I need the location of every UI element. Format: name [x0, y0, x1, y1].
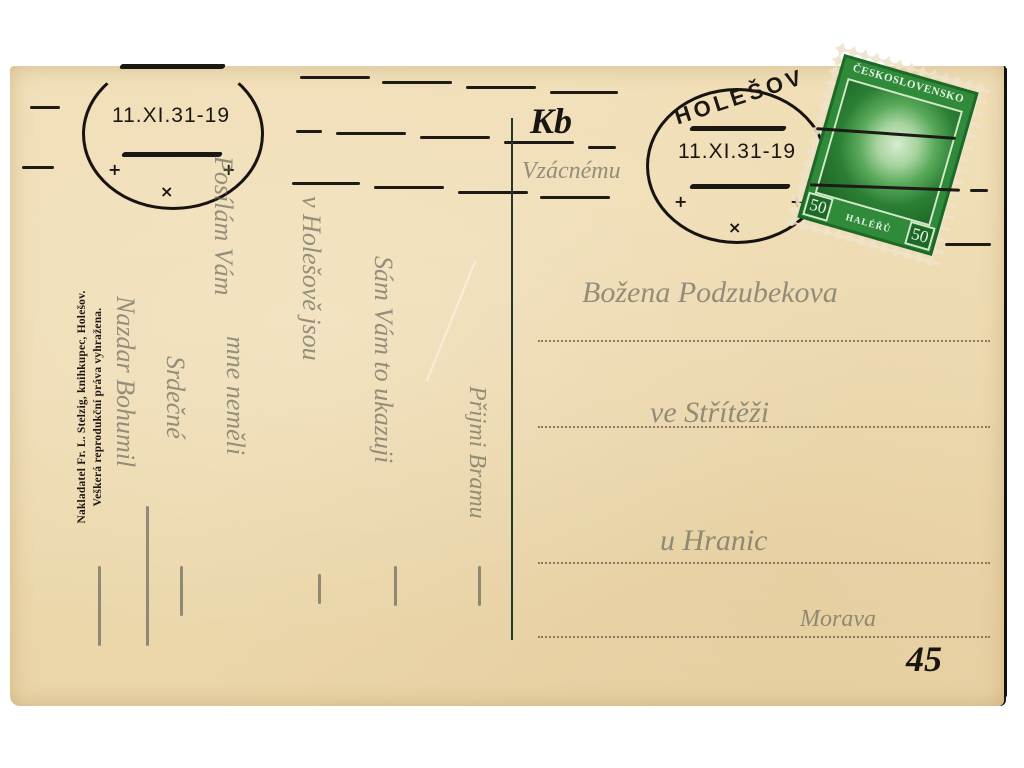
cancel-line	[382, 81, 452, 84]
message-column: Srdečné	[160, 356, 190, 439]
cancel-line	[550, 91, 618, 94]
imprint-line-1: Nakladatel Fr. L. Stelzig, knihkupec, Ho…	[74, 197, 90, 617]
cancel-line	[458, 191, 528, 194]
postmark-left-date: 11.XI.31-19	[112, 104, 230, 128]
postage-stamp: ČESKOSLOVENSKO 50 HALÉŘŮ 50	[785, 42, 991, 269]
cancel-line	[22, 166, 54, 169]
pencil-stroke	[146, 506, 149, 646]
publisher-imprint: Nakladatel Fr. L. Stelzig, knihkupec, Ho…	[74, 197, 106, 617]
address-line	[538, 426, 990, 428]
pencil-stroke	[478, 566, 481, 606]
cancel-line	[945, 243, 991, 246]
postmark-cross: ×	[728, 218, 741, 237]
pencil-stroke	[394, 566, 397, 606]
postmark-right-date: 11.XI.31-19	[678, 140, 796, 164]
address-line-1: Boženа Podzubekova	[582, 276, 838, 310]
message-column: Nazdar Bohumil	[110, 296, 140, 467]
cancel-line	[292, 182, 360, 185]
address-line	[538, 562, 990, 564]
cancel-line	[296, 130, 322, 133]
message-column: mne neměli	[220, 336, 250, 455]
ink-mark-top: Kb	[530, 100, 572, 142]
pencil-stroke	[180, 566, 183, 616]
address-line	[538, 636, 990, 638]
cancel-line	[420, 136, 490, 139]
postmark-cross: +	[674, 192, 687, 211]
cancel-line	[466, 86, 536, 89]
address-divider	[511, 118, 513, 640]
message-column: v Holešově jsou	[296, 196, 326, 361]
message-column: Posílám Vám	[208, 156, 238, 295]
message-column: Přijmi Bramu	[463, 386, 490, 519]
pencil-stroke	[98, 566, 101, 646]
cancel-line	[336, 132, 406, 135]
cancel-line	[588, 146, 616, 149]
message-column: Sám Vám to ukazuji	[368, 256, 398, 463]
postmark-bar	[689, 126, 787, 131]
imprint-line-2: Veškerá reprodukční práva vyhražena.	[90, 197, 106, 617]
stamp-portrait	[815, 78, 963, 226]
address-line	[538, 340, 990, 342]
address-line-4: Morava	[800, 606, 876, 633]
postmark-cross: ×	[160, 182, 173, 201]
paper-crease	[426, 260, 477, 381]
cancel-line	[540, 196, 610, 199]
cancel-line	[970, 189, 988, 192]
cancel-line	[30, 106, 60, 109]
address-line-2: ve Střítěži	[650, 396, 769, 430]
address-salutation: Vzácnému	[522, 158, 621, 185]
cancel-line	[374, 186, 444, 189]
cancel-line	[300, 76, 370, 79]
address-line-3: u Hranic	[660, 524, 768, 558]
postmark-bar	[119, 64, 226, 69]
stamp-value-right: 50	[904, 221, 936, 251]
postmark-bar	[689, 184, 791, 189]
pencil-stroke	[318, 574, 321, 604]
postcard: Nakladatel Fr. L. Stelzig, knihkupec, Ho…	[10, 66, 1004, 706]
postmark-cross: +	[108, 160, 121, 179]
ink-mark-bottom: 45	[906, 638, 942, 680]
